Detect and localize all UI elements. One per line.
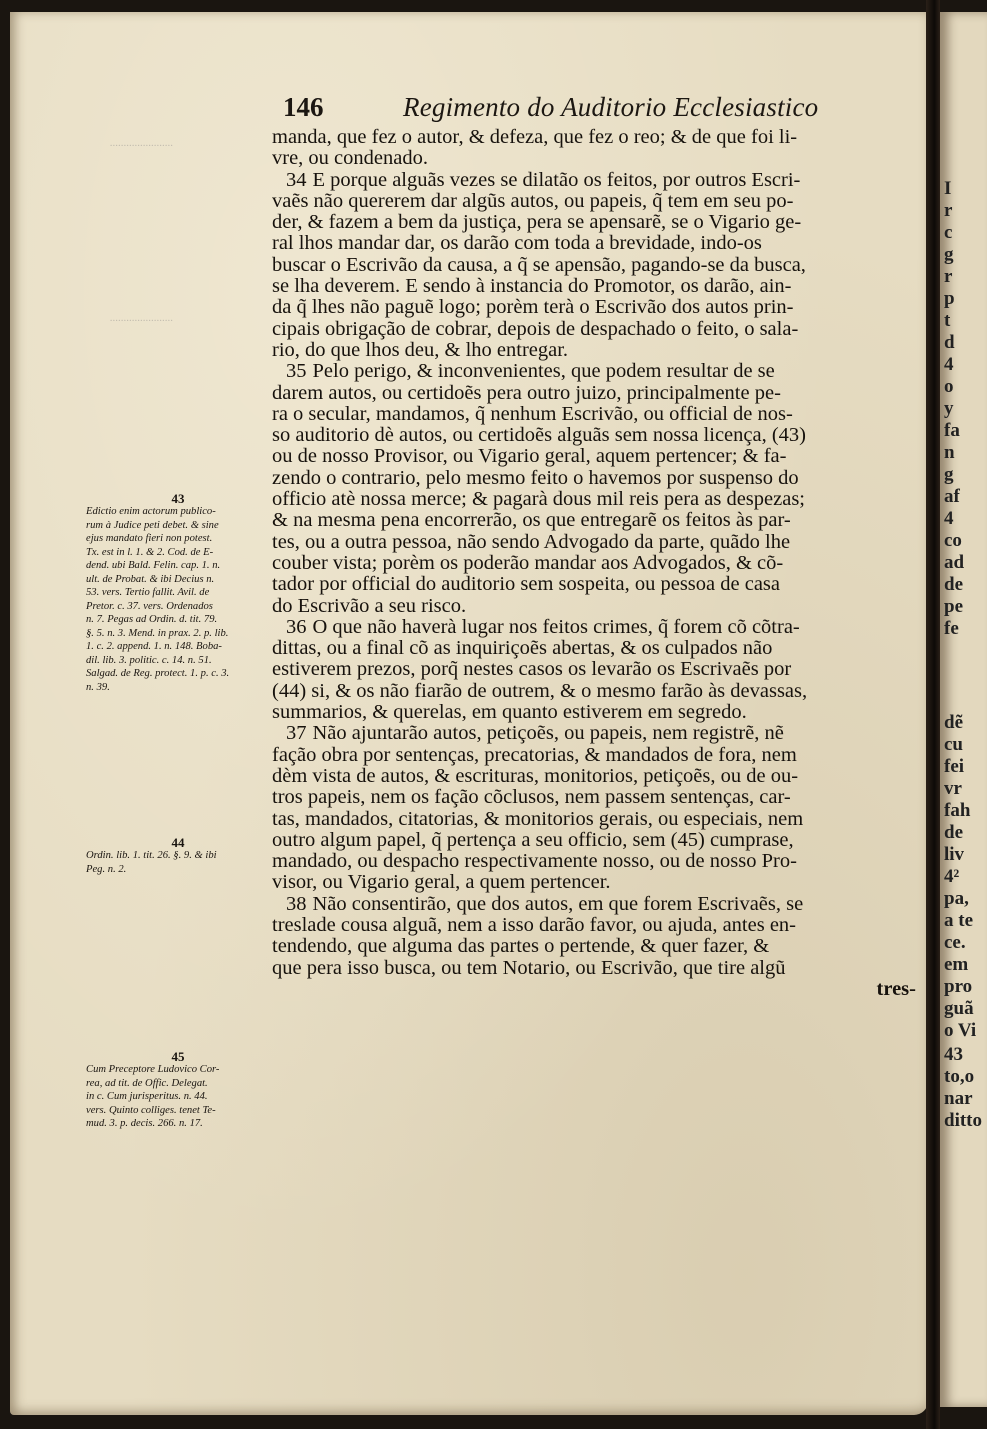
text-line: manda, que fez o autor, & defeza, que fe… [272, 127, 932, 148]
facing-page-fragment: r [944, 200, 952, 221]
facing-page-fragment: fa [944, 420, 960, 441]
line-text: zendo o contrario, pelo mesmo feito o ha… [272, 467, 799, 489]
line-text: mandado, ou despacho respectivamente nos… [272, 850, 797, 872]
facing-page-fragment: dẽ [944, 712, 963, 733]
paragraph-number: 37 [286, 722, 307, 744]
text-line: tador por official do auditorio sem sosp… [272, 574, 932, 595]
facing-page-fragment: n [944, 442, 955, 463]
text-line: fação obra por sentenças, precatorias, &… [272, 745, 932, 766]
line-text: do Escrivão a seu risco. [272, 595, 466, 617]
line-text: manda, que fez o autor, & defeza, que fe… [272, 126, 797, 148]
text-line: visor, ou Vigario geral, a quem pertence… [272, 872, 932, 893]
line-text: estiverem prezos, porq̃ nestes casos os … [272, 658, 791, 680]
text-line: mandado, ou despacho respectivamente nos… [272, 851, 932, 872]
line-text: tes, ou a outra pessoa, não sendo Advoga… [272, 531, 790, 553]
facing-page-fragment: ad [944, 552, 964, 573]
note-line: dil. lib. 3. politic. c. 14. n. 51. [86, 654, 270, 668]
page-number: 146 [283, 92, 324, 123]
note-line: Edictio enim actorum publico- [86, 505, 270, 519]
note-number: 44 [86, 836, 270, 849]
note-line: Tx. est in l. 1. & 2. Cod. de E- [86, 546, 270, 560]
text-line: & na mesma pena encorrerão, os que entre… [272, 510, 932, 531]
text-line: tes, ou a outra pessoa, não sendo Advoga… [272, 532, 932, 553]
note-line: n. 7. Pegas ad Ordin. d. tit. 79. [86, 613, 270, 627]
text-line: cipais obrigação de cobrar, depois de de… [272, 319, 932, 340]
paragraph-start-line: 35Pelo perigo, & inconvenientes, que pod… [272, 361, 932, 382]
line-text: der, & fazem a bem da justiça, pera se a… [272, 211, 801, 233]
line-text: ou de nosso Provisor, ou Vigario geral, … [272, 445, 786, 467]
text-line: ral lhos mandar dar, os darão com toda a… [272, 233, 932, 254]
line-text: darem autos, ou certidoẽs pera outro jui… [272, 382, 781, 404]
line-text: Não ajuntarão autos, petiçoẽs, ou papeis… [313, 722, 784, 744]
page-header: 146 Regimento do Auditorio Ecclesiastico [283, 92, 923, 126]
text-line: vre, ou condenado. [272, 148, 932, 169]
line-text: tador por official do auditorio sem sosp… [272, 573, 780, 595]
margin-note-45: 45Cum Preceptore Ludovico Cor-rea, ad ti… [86, 1050, 270, 1131]
line-text: Não consentirão, que dos autos, em que f… [313, 893, 804, 915]
line-text: rio, do que lhos deu, & lho entregar. [272, 339, 568, 361]
note-line: rum à Judice peti debet. & sine [86, 519, 270, 533]
facing-page-fragment: de [944, 574, 963, 595]
line-text: se lha deverem. E sendo à instancia do P… [272, 275, 792, 297]
facing-page-fragment: guã [944, 998, 974, 1019]
facing-page-fragment: pa, [944, 888, 969, 909]
margin-note-43: 43Edictio enim actorum publico-rum à Jud… [86, 492, 270, 694]
line-text: da q̃ lhes não paguẽ logo; porèm terà o … [272, 296, 793, 318]
line-text: Pelo perigo, & inconvenientes, que podem… [313, 360, 775, 382]
facing-page-edge: Ircgrptd4oyfangaf4coaddepefedẽcufeivrfah… [940, 12, 987, 1407]
facing-page-fragment: c [944, 222, 952, 243]
facing-page-fragment: fe [944, 618, 959, 639]
facing-page-fragment: em [944, 954, 968, 975]
note-line: in c. Cum jurisperitus. n. 44. [86, 1090, 270, 1104]
paragraph-start-line: 36O que não haverà lugar nos feitos crim… [272, 617, 932, 638]
paragraph-number: 35 [286, 360, 307, 382]
note-line: dend. ubi Bald. Felin. cap. 1. n. [86, 559, 270, 573]
show-through-text: ....................... [110, 137, 173, 149]
text-line: dèm vista de autos, & escrituras, monito… [272, 766, 932, 787]
text-line: rio, do que lhos deu, & lho entregar. [272, 340, 932, 361]
text-line: zendo o contrario, pelo mesmo feito o ha… [272, 468, 932, 489]
facing-page-fragment: g [944, 244, 954, 265]
line-text: vaẽs não quererem dar algũs autos, ou pa… [272, 190, 793, 212]
note-line: ejus mandato fieri non potest. [86, 532, 270, 546]
text-line: der, & fazem a bem da justiça, pera se a… [272, 212, 932, 233]
paragraph-start-line: 34E porque alguãs vezes se dilatão os fe… [272, 170, 932, 191]
margin-note-44: 44Ordin. lib. 1. tit. 26. §. 9. & ibiPeg… [86, 836, 270, 876]
text-line: vaẽs não quererem dar algũs autos, ou pa… [272, 191, 932, 212]
text-line: da q̃ lhes não paguẽ logo; porèm terà o … [272, 297, 932, 318]
facing-page-fragment: p [944, 288, 955, 309]
line-text: outro algum papel, q̃ pertença a seu off… [272, 829, 794, 851]
line-text: E porque alguãs vezes se dilatão os feit… [313, 169, 801, 191]
text-line: darem autos, ou certidoẽs pera outro jui… [272, 383, 932, 404]
facing-page-fragment: d [944, 332, 955, 353]
line-text: dèm vista de autos, & escrituras, monito… [272, 765, 798, 787]
facing-page-fragment: 4 [944, 354, 954, 375]
note-number: 45 [86, 1050, 270, 1063]
text-line: tendendo, que alguma das partes o perten… [272, 936, 932, 957]
show-through-text: ....................... [110, 312, 173, 324]
line-text: O que não haverà lugar nos feitos crimes… [313, 616, 800, 638]
note-line: Peg. n. 2. [86, 863, 270, 877]
line-text: tendendo, que alguma das partes o perten… [272, 935, 769, 957]
text-line: ou de nosso Provisor, ou Vigario geral, … [272, 446, 932, 467]
facing-page-fragment: fei [944, 756, 964, 777]
facing-page-fragment: fah [944, 800, 970, 821]
facing-page-fragment: ditto [944, 1110, 982, 1131]
line-text: fação obra por sentenças, precatorias, &… [272, 744, 797, 766]
facing-page-fragment: nar [944, 1088, 973, 1109]
line-text: & na mesma pena encorrerão, os que entre… [272, 509, 791, 531]
facing-page-fragment: t [944, 310, 950, 331]
line-text: cipais obrigação de cobrar, depois de de… [272, 318, 798, 340]
facing-page-fragment: co [944, 530, 962, 551]
facing-page-fragment: liv [944, 844, 964, 865]
note-line: ult. de Probat. & ibi Decius n. [86, 573, 270, 587]
line-text: couber vista; porèm os poderão mandar ao… [272, 552, 783, 574]
note-line: 53. vers. Tertio fallit. Avil. de [86, 586, 270, 600]
facing-page-fragment: to,o [944, 1066, 974, 1087]
note-line: Ordin. lib. 1. tit. 26. §. 9. & ibi [86, 849, 270, 863]
text-line: summarios, & querelas, em quanto estiver… [272, 702, 932, 723]
text-line: ra o secular, mandamos, q̃ nenhum Escriv… [272, 404, 932, 425]
note-line: 1. c. 2. append. 1. n. 148. Boba- [86, 640, 270, 654]
facing-page-fragment: af [944, 486, 960, 507]
note-line: §. 5. n. 3. Mend. in prax. 2. p. lib. [86, 627, 270, 641]
running-title: Regimento do Auditorio Ecclesiastico [403, 92, 818, 123]
text-line: estiverem prezos, porq̃ nestes casos os … [272, 659, 932, 680]
text-line: officio atè nossa merce; & pagarà dous m… [272, 489, 932, 510]
facing-page-fragment: a te [944, 910, 973, 931]
note-number: 43 [86, 492, 270, 505]
paragraph-start-line: 38Não consentirão, que dos autos, em que… [272, 894, 932, 915]
paragraph-number: 36 [286, 616, 307, 638]
facing-page-fragment: pe [944, 596, 963, 617]
text-line: so auditorio dè autos, ou certidoẽs algu… [272, 425, 932, 446]
line-text: buscar o Escrivão da causa, a q̃ se apen… [272, 254, 806, 276]
text-line: que pera isso busca, ou tem Notario, ou … [272, 958, 932, 979]
line-text: officio atè nossa merce; & pagarà dous m… [272, 488, 805, 510]
facing-page-fragment: 4 [944, 508, 954, 529]
facing-page-fragment: 4² [944, 866, 959, 887]
main-text-column: manda, que fez o autor, & defeza, que fe… [272, 127, 932, 1000]
line-text: que pera isso busca, ou tem Notario, ou … [272, 957, 786, 979]
facing-page-fragment: de [944, 822, 963, 843]
facing-page-fragment: cu [944, 734, 963, 755]
text-line: dittas, ou a final cõ as inquiriçoẽs abe… [272, 638, 932, 659]
line-text: visor, ou Vigario geral, a quem pertence… [272, 871, 611, 893]
facing-page-fragment: y [944, 398, 954, 419]
text-line: do Escrivão a seu risco. [272, 596, 932, 617]
note-line: n. 39. [86, 681, 270, 695]
text-line: couber vista; porèm os poderão mandar ao… [272, 553, 932, 574]
note-line: Cum Preceptore Ludovico Cor- [86, 1063, 270, 1077]
line-text: ral lhos mandar dar, os darão com toda a… [272, 232, 762, 254]
line-text: ra o secular, mandamos, q̃ nenhum Escriv… [272, 403, 793, 425]
line-text: tros papeis, nem os fação cõclusos, nem … [272, 786, 791, 808]
text-line: (44) si, & os não fiarão de outrem, & o … [272, 681, 932, 702]
text-line: tros papeis, nem os fação cõclusos, nem … [272, 787, 932, 808]
note-line: rea, ad tit. de Offic. Delegat. [86, 1077, 270, 1091]
facing-page-fragment: r [944, 266, 952, 287]
catchword: tres- [272, 979, 932, 1000]
facing-page-fragment: vr [944, 778, 962, 799]
facing-page-fragment: I [944, 178, 951, 199]
line-text: (44) si, & os não fiarão de outrem, & o … [272, 680, 807, 702]
note-line: Salgad. de Reg. protect. 1. p. c. 3. [86, 667, 270, 681]
line-text: dittas, ou a final cõ as inquiriçoẽs abe… [272, 637, 772, 659]
paragraph-number: 34 [286, 169, 307, 191]
note-line: vers. Quinto colliges. tenet Te- [86, 1104, 270, 1118]
paragraph-start-line: 37Não ajuntarão autos, petiçoẽs, ou pape… [272, 723, 932, 744]
note-line: mud. 3. p. decis. 266. n. 17. [86, 1117, 270, 1131]
paragraph-number: 38 [286, 893, 307, 915]
line-text: tas, mandados, citatorias, & monitorios … [272, 808, 803, 830]
facing-page-fragment: ce. [944, 932, 966, 953]
facing-page-fragment: o [944, 376, 954, 397]
line-text: so auditorio dè autos, ou certidoẽs algu… [272, 424, 806, 446]
text-line: buscar o Escrivão da causa, a q̃ se apen… [272, 255, 932, 276]
text-line: tas, mandados, citatorias, & monitorios … [272, 809, 932, 830]
text-line: treslade cousa alguã, nem a isso darão f… [272, 915, 932, 936]
line-text: treslade cousa alguã, nem a isso darão f… [272, 914, 796, 936]
text-line: outro algum papel, q̃ pertença a seu off… [272, 830, 932, 851]
line-text: vre, ou condenado. [272, 147, 428, 169]
text-line: se lha deverem. E sendo à instancia do P… [272, 276, 932, 297]
note-line: Pretor. c. 37. vers. Ordenados [86, 600, 270, 614]
facing-page-fragment: pro [944, 976, 972, 997]
line-text: summarios, & querelas, em quanto estiver… [272, 701, 747, 723]
facing-page-fragment: o Vi [944, 1020, 976, 1041]
facing-page-fragment: 43 [944, 1044, 963, 1065]
facing-page-fragment: g [944, 464, 954, 485]
